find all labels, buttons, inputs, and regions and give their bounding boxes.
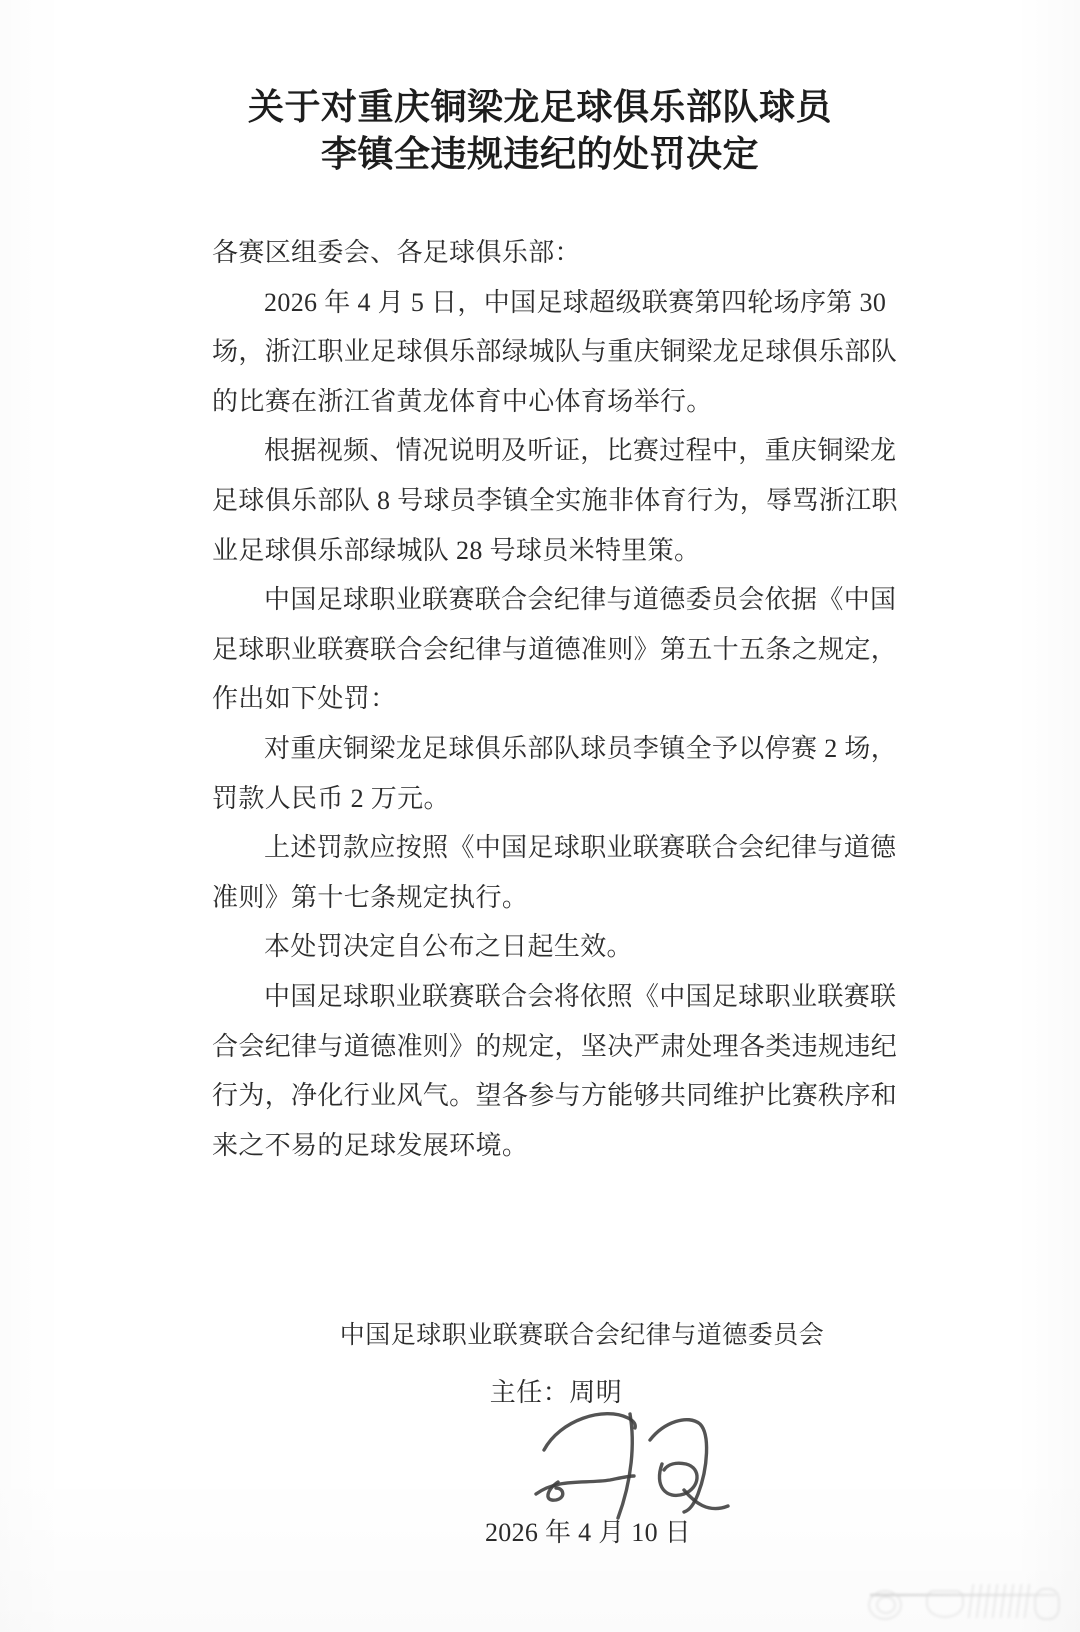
document-date: 2026 年 4 月 10 日 xyxy=(485,1512,691,1549)
document-page: 关于对重庆铜梁龙足球俱乐部队球员 李镇全违规违纪的处罚决定 各赛区组委会、各足球… xyxy=(0,0,1080,1632)
body-line: 足球职业联赛联合会纪律与道德准则》第五十五条之规定， xyxy=(212,625,874,675)
issuing-department: 中国足球职业联赛联合会纪律与道德委员会 xyxy=(340,1315,825,1351)
document-body: 各赛区组委会、各足球俱乐部： 2026 年 4 月 5 日，中国足球超级联赛第四… xyxy=(212,228,874,1170)
body-line: 行为，净化行业风气。望各参与方能够共同维护比赛秩序和 xyxy=(212,1071,874,1121)
body-line: 各赛区组委会、各足球俱乐部： xyxy=(212,228,874,278)
body-line: 上述罚款应按照《中国足球职业联赛联合会纪律与道德 xyxy=(212,823,874,873)
handwritten-signature xyxy=(532,1398,742,1528)
document-title-line-1: 关于对重庆铜梁龙足球俱乐部队球员 xyxy=(0,84,1080,131)
body-line: 罚款人民币 2 万元。 xyxy=(212,774,874,824)
body-line: 对重庆铜梁龙足球俱乐部队球员李镇全予以停赛 2 场， xyxy=(212,724,874,774)
body-line: 准则》第十七条规定执行。 xyxy=(212,873,874,923)
watermark xyxy=(866,1560,1068,1624)
body-line: 2026 年 4 月 5 日，中国足球超级联赛第四轮场序第 30 xyxy=(212,278,874,328)
body-line: 中国足球职业联赛联合会将依照《中国足球职业联赛联 xyxy=(212,972,874,1022)
body-line: 足球俱乐部队 8 号球员李镇全实施非体育行为，辱骂浙江职 xyxy=(212,476,874,526)
body-line: 业足球俱乐部绿城队 28 号球员米特里策。 xyxy=(212,526,874,576)
body-line: 根据视频、情况说明及听证，比赛过程中，重庆铜梁龙 xyxy=(212,426,874,476)
body-line: 来之不易的足球发展环境。 xyxy=(212,1121,874,1171)
body-line: 场，浙江职业足球俱乐部绿城队与重庆铜梁龙足球俱乐部队 xyxy=(212,327,874,377)
body-line: 合会纪律与道德准则》的规定，坚决严肃处理各类违规违纪 xyxy=(212,1022,874,1072)
body-line: 作出如下处罚： xyxy=(212,674,874,724)
document-title-line-2: 李镇全违规违纪的处罚决定 xyxy=(0,131,1080,178)
document-title: 关于对重庆铜梁龙足球俱乐部队球员 李镇全违规违纪的处罚决定 xyxy=(0,84,1080,178)
body-line: 本处罚决定自公布之日起生效。 xyxy=(212,922,874,972)
body-line: 的比赛在浙江省黄龙体育中心体育场举行。 xyxy=(212,377,874,427)
body-line: 中国足球职业联赛联合会纪律与道德委员会依据《中国 xyxy=(212,575,874,625)
